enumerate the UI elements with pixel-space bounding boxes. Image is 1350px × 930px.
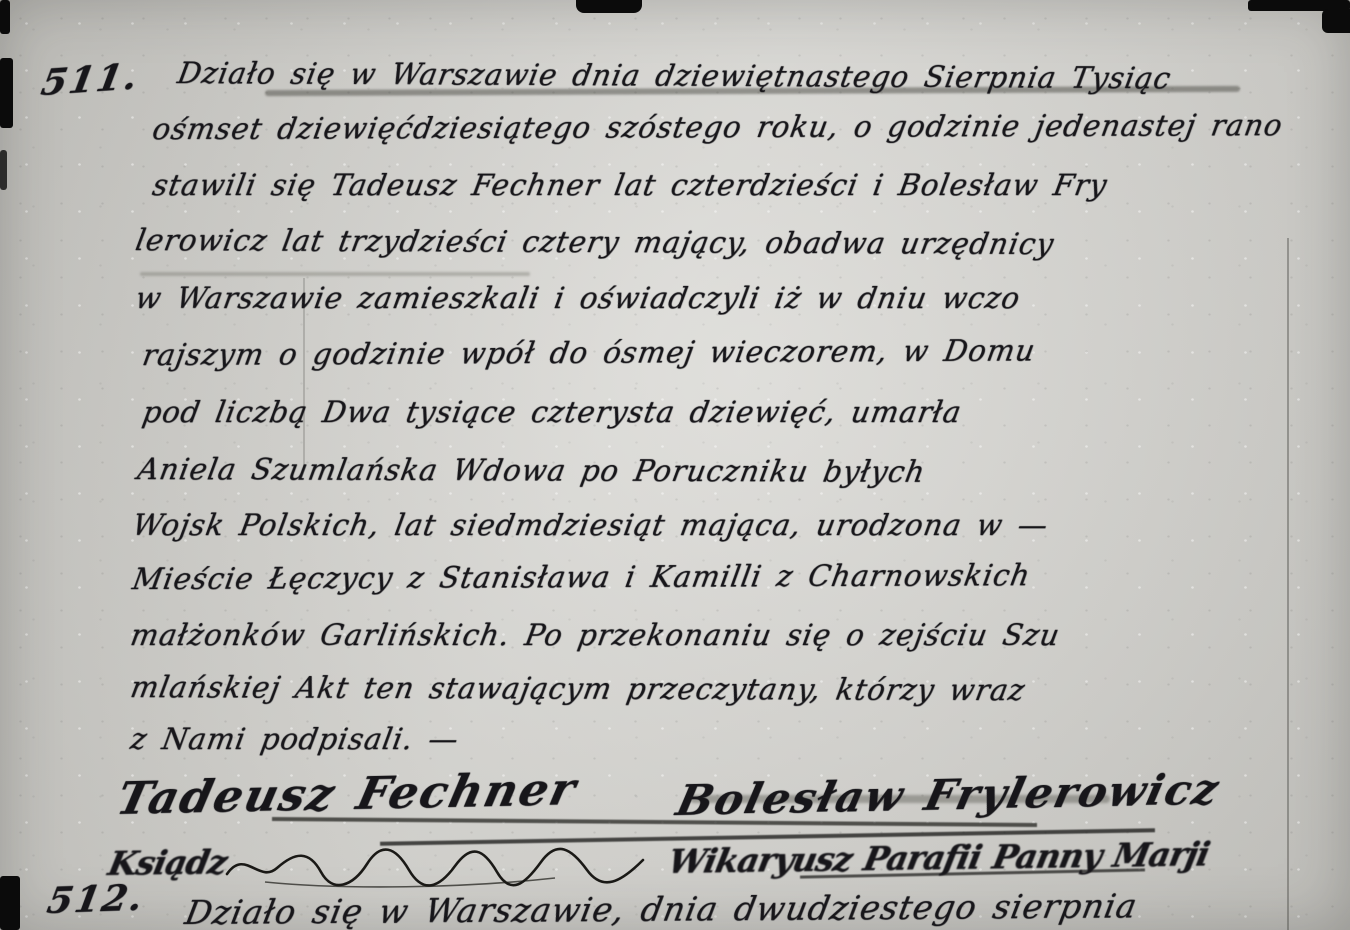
right-margin-rule — [1287, 238, 1289, 930]
scan-edge-artifact — [576, 0, 642, 13]
record-511-line-6: rajszym o godzinie wpół do ósmej wieczor… — [140, 333, 1038, 372]
record-511-line-3: stawili się Tadeusz Fechner lat czterdzi… — [150, 168, 1110, 202]
scan-edge-artifact — [1322, 9, 1350, 33]
record-511-line-9: Wojsk Polskich, lat siedmdziesiąt mająca… — [130, 508, 1051, 542]
officiant-role: Wikaryusz Parafii Panny Marji — [665, 834, 1212, 881]
record-512-line-1: Działo się w Warszawie, dnia dwudziesteg… — [182, 886, 1141, 930]
scan-edge-artifact — [0, 150, 7, 190]
record-511-line-11: małżonków Garlińskich. Po przekonaniu si… — [128, 618, 1063, 652]
record-511-line-4: lerowicz lat trzydzieści cztery mający, … — [133, 223, 1057, 261]
record-511-line-2: ośmset dziewięćdziesiątego szóstego roku… — [150, 108, 1286, 146]
record-511-line-8: Aniela Szumlańska Wdowa po Poruczniku by… — [135, 452, 928, 489]
document-scan: 511. Działo się w Warszawie dnia dziewię… — [0, 0, 1350, 930]
record-511-line-13: z Nami podpisali. — — [128, 722, 462, 756]
record-number-512: 512. — [44, 877, 148, 922]
scan-edge-artifact — [0, 876, 20, 930]
scan-edge-artifact — [0, 0, 10, 34]
signature-boleslaw-frylerowicz: Bolesław Frylerowicz — [672, 765, 1225, 825]
scan-edge-artifact — [0, 58, 13, 128]
record-511-line-7: pod liczbą Dwa tysiące czterysta dziewię… — [140, 395, 964, 429]
signature-tadeusz-fechner: Tadeusz Fechner — [112, 762, 582, 825]
record-511-line-1: Działo się w Warszawie dnia dziewiętnast… — [175, 56, 1174, 95]
record-number-511: 511. — [38, 55, 143, 104]
record-511-line-5: w Warszawie zamieszkali i oświadczyli iż… — [133, 281, 1023, 315]
ink-smudge — [140, 272, 530, 276]
illegible-signature-scrawl — [225, 838, 645, 890]
record-511-line-10: Mieście Łęczycy z Stanisława i Kamilli z… — [130, 558, 1033, 596]
record-511-line-12: mlańskiej Akt ten stawającym przeczytany… — [128, 670, 1028, 707]
